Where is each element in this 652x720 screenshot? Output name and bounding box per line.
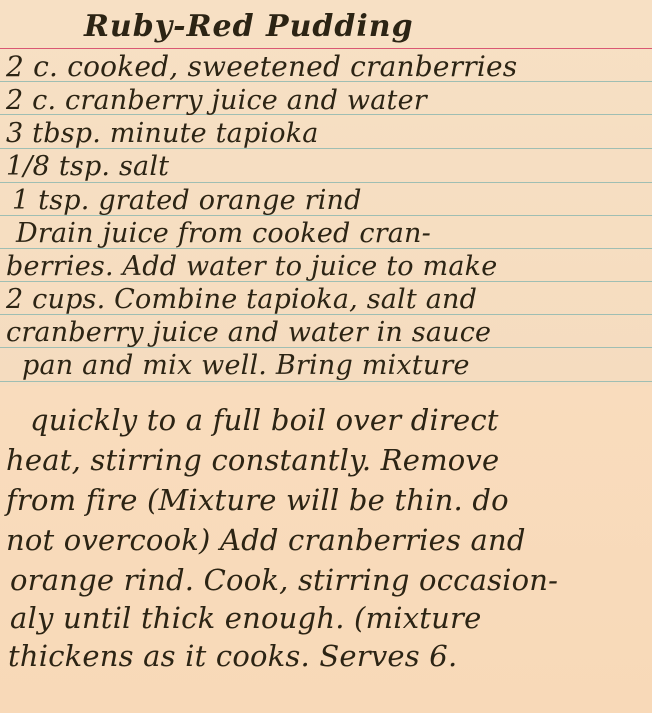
direction-line: pan and mix well. Bring mixture (22, 349, 470, 382)
direction-line: 2 cups. Combine tapioka, salt and (6, 283, 477, 316)
scan-border (0, 713, 652, 720)
ingredient-line: 3 tbsp. minute tapioka (6, 117, 319, 150)
ingredient-line: 2 c. cooked, sweetened cranberries (6, 50, 517, 83)
direction-line: thickens as it cooks. Serves 6. (8, 636, 457, 676)
direction-line: cranberry juice and water in sauce (6, 316, 491, 349)
recipe-card: Ruby-Red Pudding 2 c. cooked, sweetened … (0, 0, 652, 713)
direction-line: quickly to a full boil over direct (30, 400, 499, 440)
ingredient-line: 2 c. cranberry juice and water (6, 84, 427, 117)
direction-line: from fire (Mixture will be thin. do (6, 480, 509, 520)
direction-line: berries. Add water to juice to make (6, 250, 497, 283)
ingredient-line: 1 tsp. grated orange rind (12, 184, 362, 217)
direction-line: heat, stirring constantly. Remove (6, 440, 499, 480)
direction-line: not overcook) Add cranberries and (6, 520, 526, 560)
direction-line: Drain juice from cooked cran- (16, 217, 431, 250)
recipe-title: Ruby-Red Pudding (84, 10, 414, 43)
red-header-rule (0, 48, 652, 49)
direction-line: orange rind. Cook, stirring occasion- (10, 560, 558, 600)
ingredient-line: 1/8 tsp. salt (6, 150, 169, 183)
direction-line: aly until thick enough. (mixture (10, 598, 481, 638)
